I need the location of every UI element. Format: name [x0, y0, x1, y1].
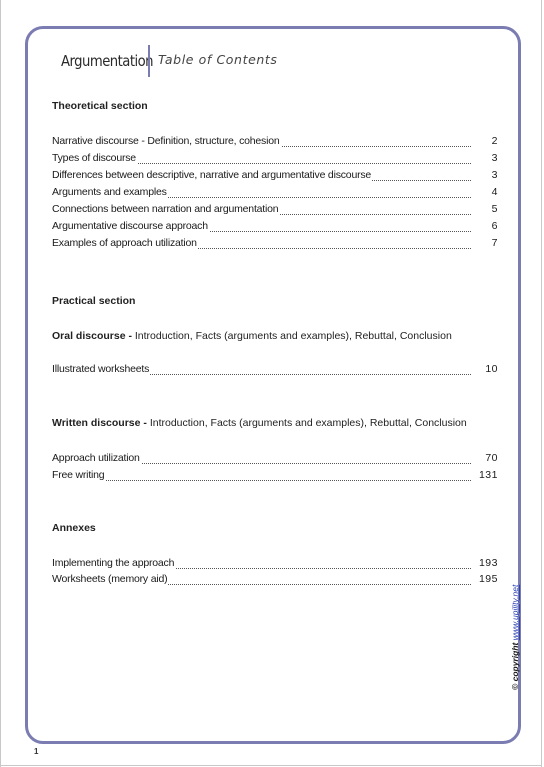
copyright-link[interactable]: www.upility.net — [510, 585, 520, 641]
toc-entry[interactable]: Differences between descriptive, narrati… — [52, 169, 498, 184]
subsection-title: Oral discourse - — [52, 330, 132, 342]
toc-entry[interactable]: Implementing the approach 193 — [52, 557, 498, 572]
toc-entry[interactable]: Narrative discourse - Definition, struct… — [52, 135, 498, 150]
toc-entry-label: Free writing — [52, 469, 105, 481]
toc-entry-label: Narrative discourse - Definition, struct… — [52, 135, 281, 147]
page-edge — [0, 765, 542, 766]
toc-entry-label: Types of discourse — [52, 152, 137, 164]
toc-entry-label: Argumentative discourse approach — [52, 220, 209, 232]
document-subtitle: Table of Contents — [158, 52, 278, 67]
toc-entry[interactable]: Types of discourse 3 — [52, 152, 498, 167]
subsection-heading-oral: Oral discourse - Introduction, Facts (ar… — [52, 330, 452, 342]
toc-entry[interactable]: Worksheets (memory aid) 195 — [52, 573, 498, 588]
toc-entry[interactable]: Examples of approach utilization 7 — [52, 237, 498, 252]
copyright-notice: © copyright www.upility.net — [510, 585, 520, 690]
toc-entry-page: 70 — [474, 452, 498, 464]
page-edge — [541, 0, 542, 767]
page-edge — [0, 0, 1, 767]
toc-entry[interactable]: Free writing 131 — [52, 469, 498, 484]
toc-entry-page: 193 — [474, 557, 498, 569]
toc-entry-label: Arguments and examples — [52, 186, 168, 198]
page-number: 1 — [34, 747, 38, 756]
subsection-title: Written discourse - — [52, 417, 147, 429]
toc-entry-page: 6 — [474, 220, 498, 232]
document-title: Argumentation — [61, 52, 153, 70]
toc-entry-page: 131 — [474, 469, 498, 481]
toc-entry-page: 3 — [474, 169, 498, 181]
toc-entry[interactable]: Arguments and examples 4 — [52, 186, 498, 201]
header-divider — [148, 45, 150, 77]
toc-entry[interactable]: Connections between narration and argume… — [52, 203, 498, 218]
toc-entry-page: 7 — [474, 237, 498, 249]
toc-entry-page: 3 — [474, 152, 498, 164]
toc-entry[interactable]: Approach utilization 70 — [52, 452, 498, 467]
toc-entry-label: Worksheets (memory aid) — [52, 573, 168, 585]
toc-entry[interactable]: Illustrated worksheets 10 — [52, 363, 498, 378]
section-heading-annexes: Annexes — [52, 522, 96, 534]
toc-entry[interactable]: Argumentative discourse approach 6 — [52, 220, 498, 235]
subsection-description: Introduction, Facts (arguments and examp… — [132, 330, 452, 342]
toc-entry-label: Illustrated worksheets — [52, 363, 150, 375]
toc-entry-page: 5 — [474, 203, 498, 215]
toc-entry-label: Implementing the approach — [52, 557, 175, 569]
toc-entry-page: 4 — [474, 186, 498, 198]
toc-entry-page: 195 — [474, 573, 498, 585]
subsection-heading-written: Written discourse - Introduction, Facts … — [52, 417, 467, 429]
toc-entry-label: Examples of approach utilization — [52, 237, 198, 249]
page-frame — [25, 26, 521, 744]
subsection-description: Introduction, Facts (arguments and examp… — [147, 417, 467, 429]
toc-entry-label: Differences between descriptive, narrati… — [52, 169, 372, 181]
toc-entry-page: 10 — [474, 363, 498, 375]
section-heading-practical: Practical section — [52, 295, 135, 307]
toc-entry-label: Connections between narration and argume… — [52, 203, 279, 215]
toc-entry-page: 2 — [474, 135, 498, 147]
section-heading-theoretical: Theoretical section — [52, 100, 148, 112]
dot-leader — [52, 480, 471, 481]
copyright-label: © copyright — [510, 640, 520, 690]
toc-entry-label: Approach utilization — [52, 452, 141, 464]
